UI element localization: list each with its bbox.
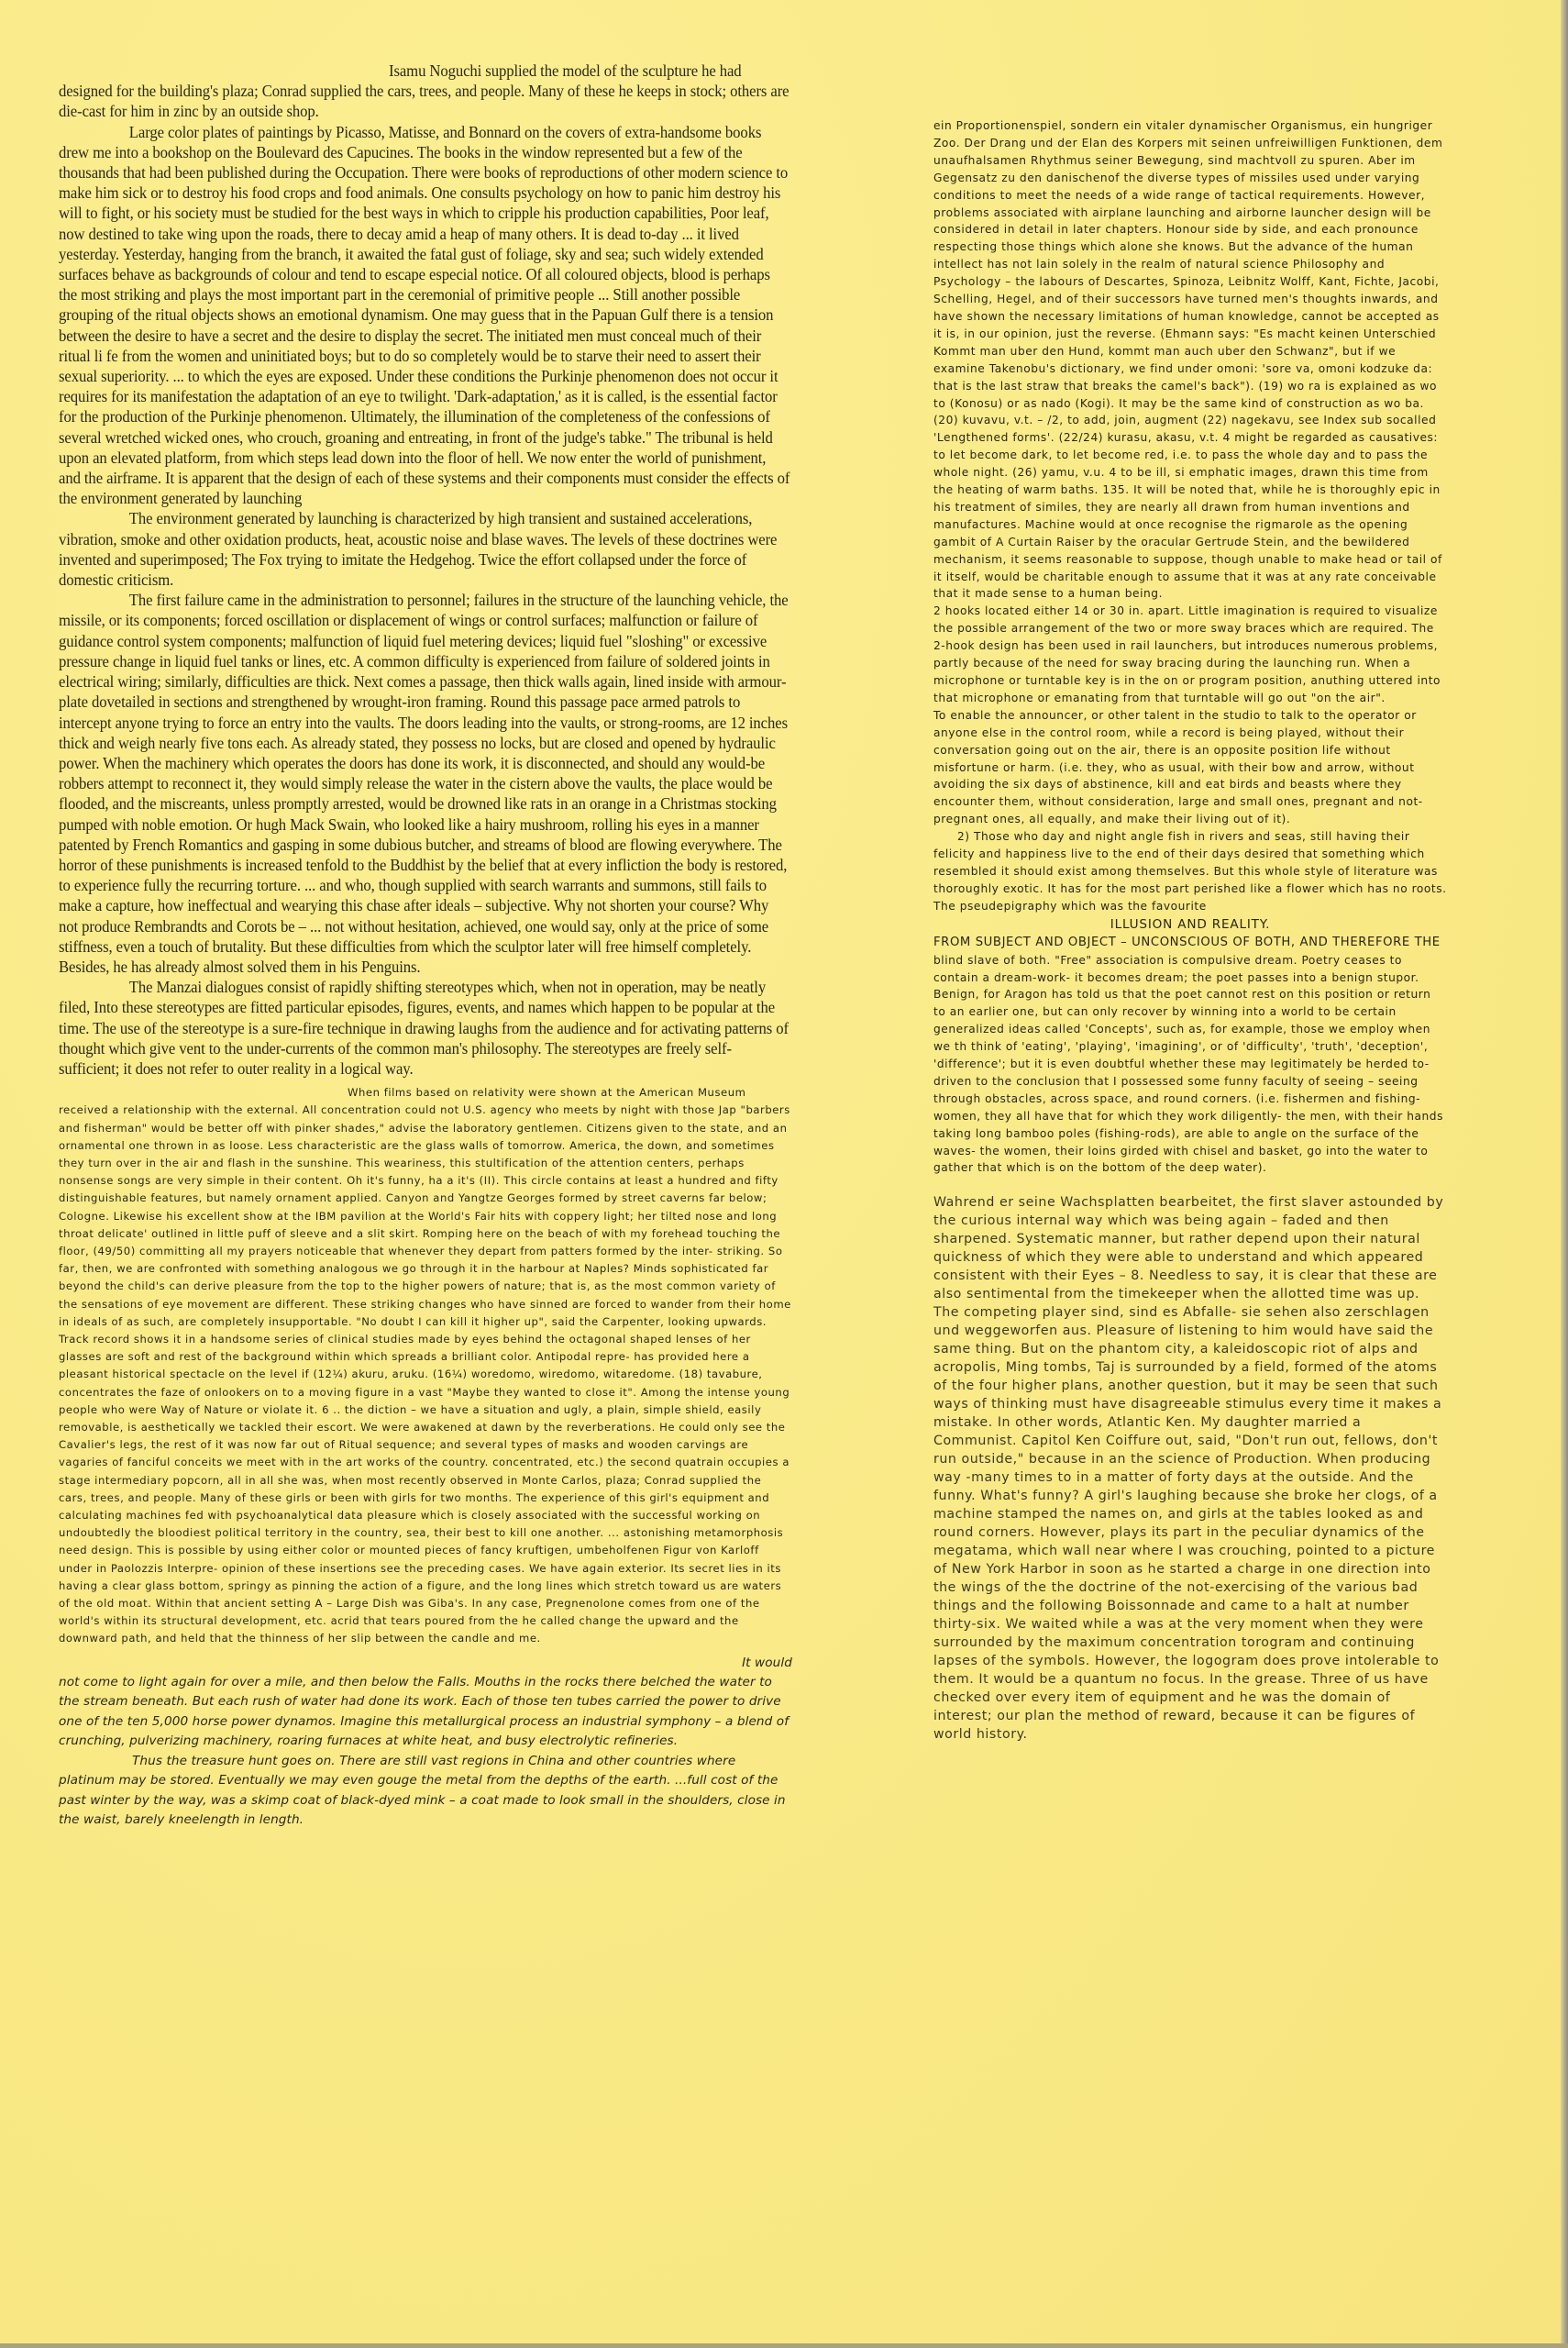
paragraph-wachsplatten: Wahrend er seine Wachsplatten bearbeitet… <box>933 1193 1447 1744</box>
paragraph-launch-environment: The environment generated by launching i… <box>59 508 791 590</box>
caps-lead: FROM SUBJECT AND OBJECT – UNCONSCIOUS OF… <box>933 936 1441 949</box>
paragraph-proportionenspiel: ein Proportionenspiel, sondern ein vital… <box>933 117 1447 603</box>
section-heading: ILLUSION AND REALITY. <box>933 916 1447 934</box>
paragraph-manzai: The Manzai dialogues consist of rapidly … <box>59 977 791 1079</box>
paragraph-anglers: 2) Those who day and night angle fish in… <box>933 828 1447 915</box>
right-column: ein Proportionenspiel, sondern ein vital… <box>933 117 1447 1744</box>
paragraph-illusion: FROM SUBJECT AND OBJECT – UNCONSCIOUS OF… <box>933 934 1447 1178</box>
page-edge-bottom <box>0 2343 1568 2348</box>
paragraph-announcer: To enable the announcer, or other talent… <box>933 707 1447 828</box>
paragraph-color-plates: Large color plates of paintings by Picas… <box>59 122 791 509</box>
paragraph-noguchi: Isamu Noguchi supplied the model of the … <box>59 61 791 122</box>
paragraph-relativity-films: When films based on relativity were show… <box>59 1084 792 1648</box>
page-edge-right <box>1561 0 1568 2348</box>
italic-lead-fragment: It would <box>59 1654 792 1673</box>
illusion-body: blind slave of both. "Free" association … <box>933 954 1443 1175</box>
paragraph-first-failure: The first failure came in the administra… <box>59 590 791 977</box>
left-column: Isamu Noguchi supplied the model of the … <box>59 61 792 1830</box>
paragraph-hooks: 2 hooks located either 14 or 30 in. apar… <box>933 603 1447 706</box>
paragraph-treasure-hunt: Thus the treasure hunt goes on. There ar… <box>59 1752 792 1831</box>
paragraph-falls: not come to light again for over a mile,… <box>59 1673 792 1752</box>
